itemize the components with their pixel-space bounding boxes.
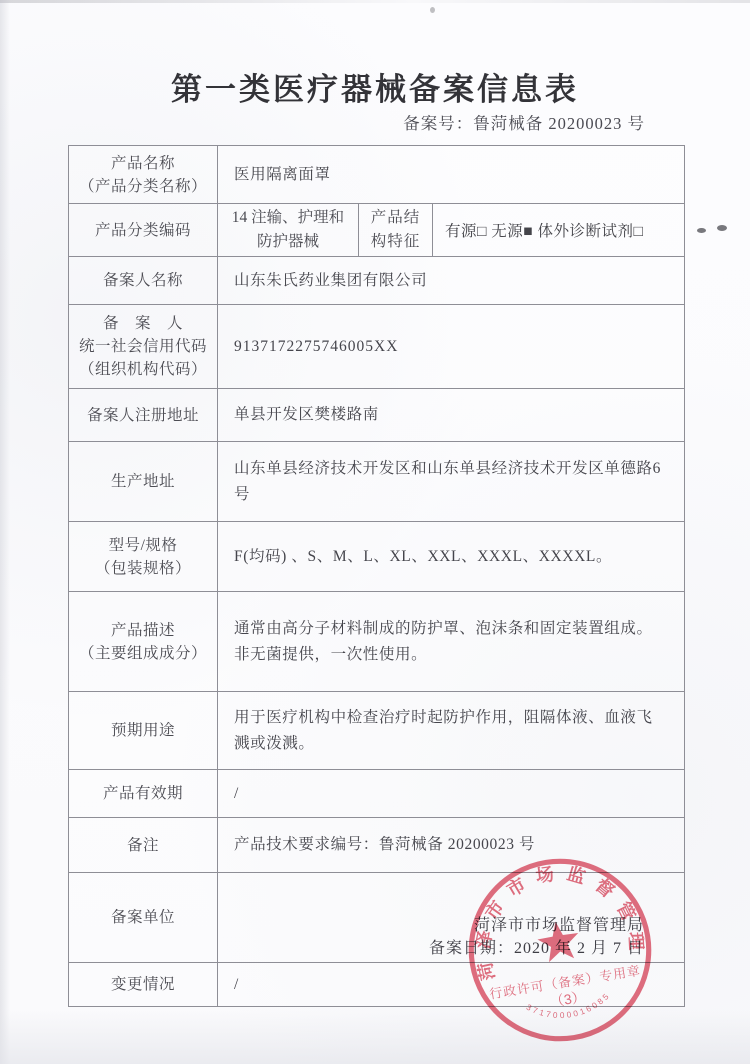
row-label-validity: 产品有效期: [69, 770, 218, 817]
value-validity: /: [218, 770, 684, 817]
table-row: 备 案 人 统一社会信用代码 （组织机构代码） 9137172275746005…: [69, 304, 684, 388]
value-product-name: 医用隔离面罩: [218, 146, 684, 203]
label-line: 型号/规格: [109, 534, 178, 557]
value-intended-use: 用于医疗机构中检查治疗时起防护作用，阻隔体液、血液飞溅或泼溅。: [218, 692, 684, 769]
table-row: 备案人注册地址 单县开发区樊楼路南: [69, 388, 684, 441]
row-label-description: 产品描述 （主要组成成分）: [69, 592, 218, 691]
value-credit-code: 9137172275746005XX: [218, 305, 684, 388]
table-row: 备案人名称 山东朱氏药业集团有限公司: [69, 256, 684, 304]
table-row: 备案单位 菏泽市市场监督管理局 备案日期：2020 年 2 月 7 日: [69, 872, 684, 962]
scan-speck: [717, 225, 727, 231]
label-structure-feature: 产品结构特征: [359, 204, 433, 256]
label-line: （组织机构代码）: [79, 358, 207, 381]
value-registered-address: 单县开发区樊楼路南: [218, 389, 684, 441]
scan-speck: [697, 228, 706, 233]
value-structure-options: 有源□ 无源■ 体外诊断试剂□: [433, 204, 684, 256]
row-label-registered-address: 备案人注册地址: [69, 389, 218, 441]
row-label-remarks: 备注: [69, 818, 218, 872]
label-line: （主要组成成分）: [79, 642, 207, 665]
table-row: 产品描述 （主要组成成分） 通常由高分子材料制成的防护罩、泡沫条和固定装置组成。…: [69, 591, 684, 691]
table-row: 备注 产品技术要求编号：鲁菏械备 20200023 号: [69, 817, 684, 872]
row-label-model-spec: 型号/规格 （包装规格）: [69, 522, 218, 591]
filing-date: 备案日期：2020 年 2 月 7 日: [429, 937, 644, 960]
scan-bottom-shade: [0, 1009, 750, 1064]
value-production-address: 山东单县经济技术开发区和山东单县经济技术开发区单德路6号: [218, 442, 684, 521]
filing-authority: 菏泽市市场监督管理局: [474, 914, 644, 937]
scan-speck: [430, 7, 435, 13]
label-line: 统一社会信用代码: [79, 335, 207, 358]
filing-info-table: 产品名称 （产品分类名称） 医用隔离面罩 产品分类编码 14 注输、护理和防护器…: [68, 145, 685, 1007]
label-line: （包装规格）: [95, 557, 191, 580]
filing-number: 备案号：鲁菏械备 20200023 号: [403, 110, 645, 134]
scan-left-shadow: [0, 0, 10, 1064]
table-row: 产品名称 （产品分类名称） 医用隔离面罩: [69, 146, 684, 203]
value-classification-code: 14 注输、护理和防护器械: [218, 204, 359, 256]
table-row: 预期用途 用于医疗机构中检查治疗时起防护作用，阻隔体液、血液飞溅或泼溅。: [69, 691, 684, 769]
label-line: 产品名称: [111, 152, 175, 175]
row-label-production-address: 生产地址: [69, 442, 218, 521]
table-row: 产品分类编码 14 注输、护理和防护器械 产品结构特征 有源□ 无源■ 体外诊断…: [69, 203, 684, 256]
label-line: （产品分类名称）: [79, 175, 207, 198]
value-description: 通常由高分子材料制成的防护罩、泡沫条和固定装置组成。非无菌提供，一次性使用。: [218, 592, 684, 691]
table-row: 变更情况 /: [69, 962, 684, 1006]
row-label-classification-code: 产品分类编码: [69, 204, 218, 256]
value-registrant-name: 山东朱氏药业集团有限公司: [218, 257, 684, 304]
row-label-product-name: 产品名称 （产品分类名称）: [69, 146, 218, 203]
page-title: 第一类医疗器械备案信息表: [0, 64, 750, 109]
label-line: 产品描述: [111, 619, 175, 642]
row-label-filing-unit: 备案单位: [69, 873, 218, 962]
label-line: 备 案 人: [103, 312, 183, 335]
value-model-spec: F(均码) 、S、M、L、XL、XXL、XXXL、XXXXL。: [218, 522, 684, 591]
scan-top-edge-artifact: [0, 0, 750, 3]
row-label-credit-code: 备 案 人 统一社会信用代码 （组织机构代码）: [69, 305, 218, 388]
table-row: 产品有效期 /: [69, 769, 684, 817]
value-remarks: 产品技术要求编号：鲁菏械备 20200023 号: [218, 818, 684, 872]
row-label-registrant-name: 备案人名称: [69, 257, 218, 304]
row-label-changes: 变更情况: [69, 963, 218, 1006]
table-row: 型号/规格 （包装规格） F(均码) 、S、M、L、XL、XXL、XXXL、XX…: [69, 521, 684, 591]
value-filing-unit: 菏泽市市场监督管理局 备案日期：2020 年 2 月 7 日: [218, 873, 684, 962]
table-row: 生产地址 山东单县经济技术开发区和山东单县经济技术开发区单德路6号: [69, 441, 684, 521]
row-label-intended-use: 预期用途: [69, 692, 218, 769]
value-changes: /: [218, 963, 684, 1006]
